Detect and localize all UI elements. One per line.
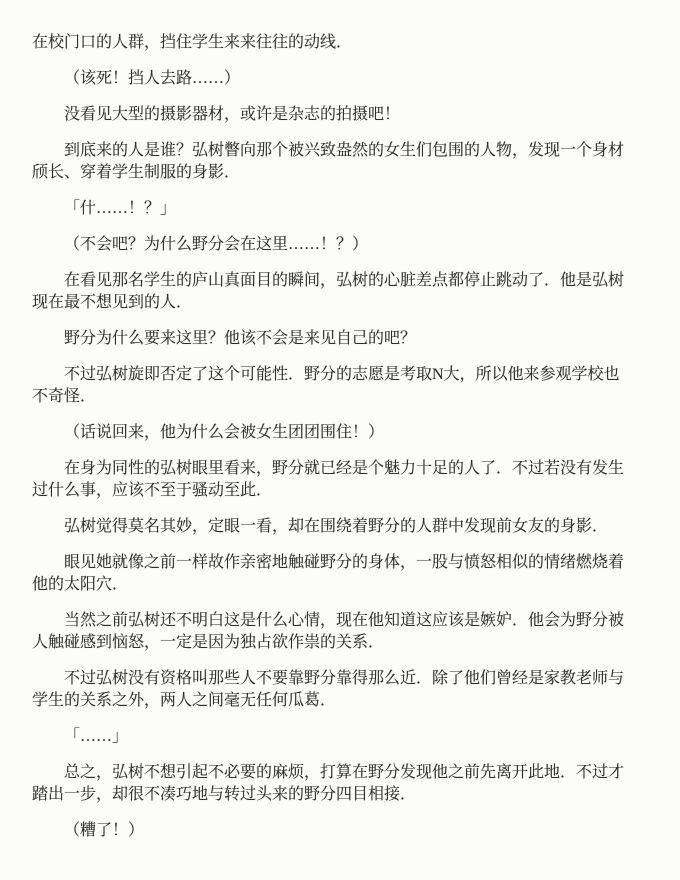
- paragraph: （不会吧？为什么野分会在这里……！？）: [32, 234, 654, 256]
- paragraph: 当然之前弘树还不明白这是什么心情，现在他知道这应该是嫉妒．他会为野分被 人触碰感…: [32, 610, 654, 654]
- paragraph: 弘树觉得莫名其妙，定眼一看，却在围绕着野分的人群中发现前女友的身影．: [32, 516, 654, 538]
- paragraph: 野分为什么要来这里？他该不会是来见自己的吧？: [32, 328, 654, 350]
- paragraph: 总之，弘树不想引起不必要的麻烦，打算在野分发现他之前先离开此地．不过才 踏出一步…: [32, 762, 654, 806]
- paragraph: 在看见那名学生的庐山真面目的瞬间，弘树的心脏差点都停止跳动了．他是弘树 现在最不…: [32, 270, 654, 314]
- paragraph: 「什……！？」: [32, 198, 654, 220]
- paragraph: 「……」: [32, 726, 654, 748]
- novel-page: 在校门口的人群，挡住学生来来往往的动线． （该死！挡人去路……） 没看见大型的摄…: [0, 0, 680, 880]
- paragraph: 不过弘树没有资格叫那些人不要靠野分靠得那么近．除了他们曾经是家教老师与 学生的关…: [32, 668, 654, 712]
- paragraph: 不过弘树旋即否定了这个可能性．野分的志愿是考取N大，所以他来参观学校也 不奇怪．: [32, 364, 654, 408]
- paragraph: （该死！挡人去路……）: [32, 68, 654, 90]
- paragraph-continuation: 在校门口的人群，挡住学生来来往往的动线．: [32, 32, 654, 54]
- paragraph: （糟了！）: [32, 820, 654, 842]
- paragraph: 没看见大型的摄影器材，或许是杂志的拍摄吧！: [32, 104, 654, 126]
- paragraph: 到底来的人是谁？弘树瞥向那个被兴致盎然的女生们包围的人物，发现一个身材 颀长、穿…: [32, 140, 654, 184]
- paragraph: 在身为同性的弘树眼里看来，野分就已经是个魅力十足的人了．不过若没有发生 过什么事…: [32, 458, 654, 502]
- paragraph: 眼见她就像之前一样故作亲密地触碰野分的身体，一股与愤怒相似的情绪燃烧着 他的太阳…: [32, 552, 654, 596]
- paragraph: （话说回来，他为什么会被女生团团围住！）: [32, 422, 654, 444]
